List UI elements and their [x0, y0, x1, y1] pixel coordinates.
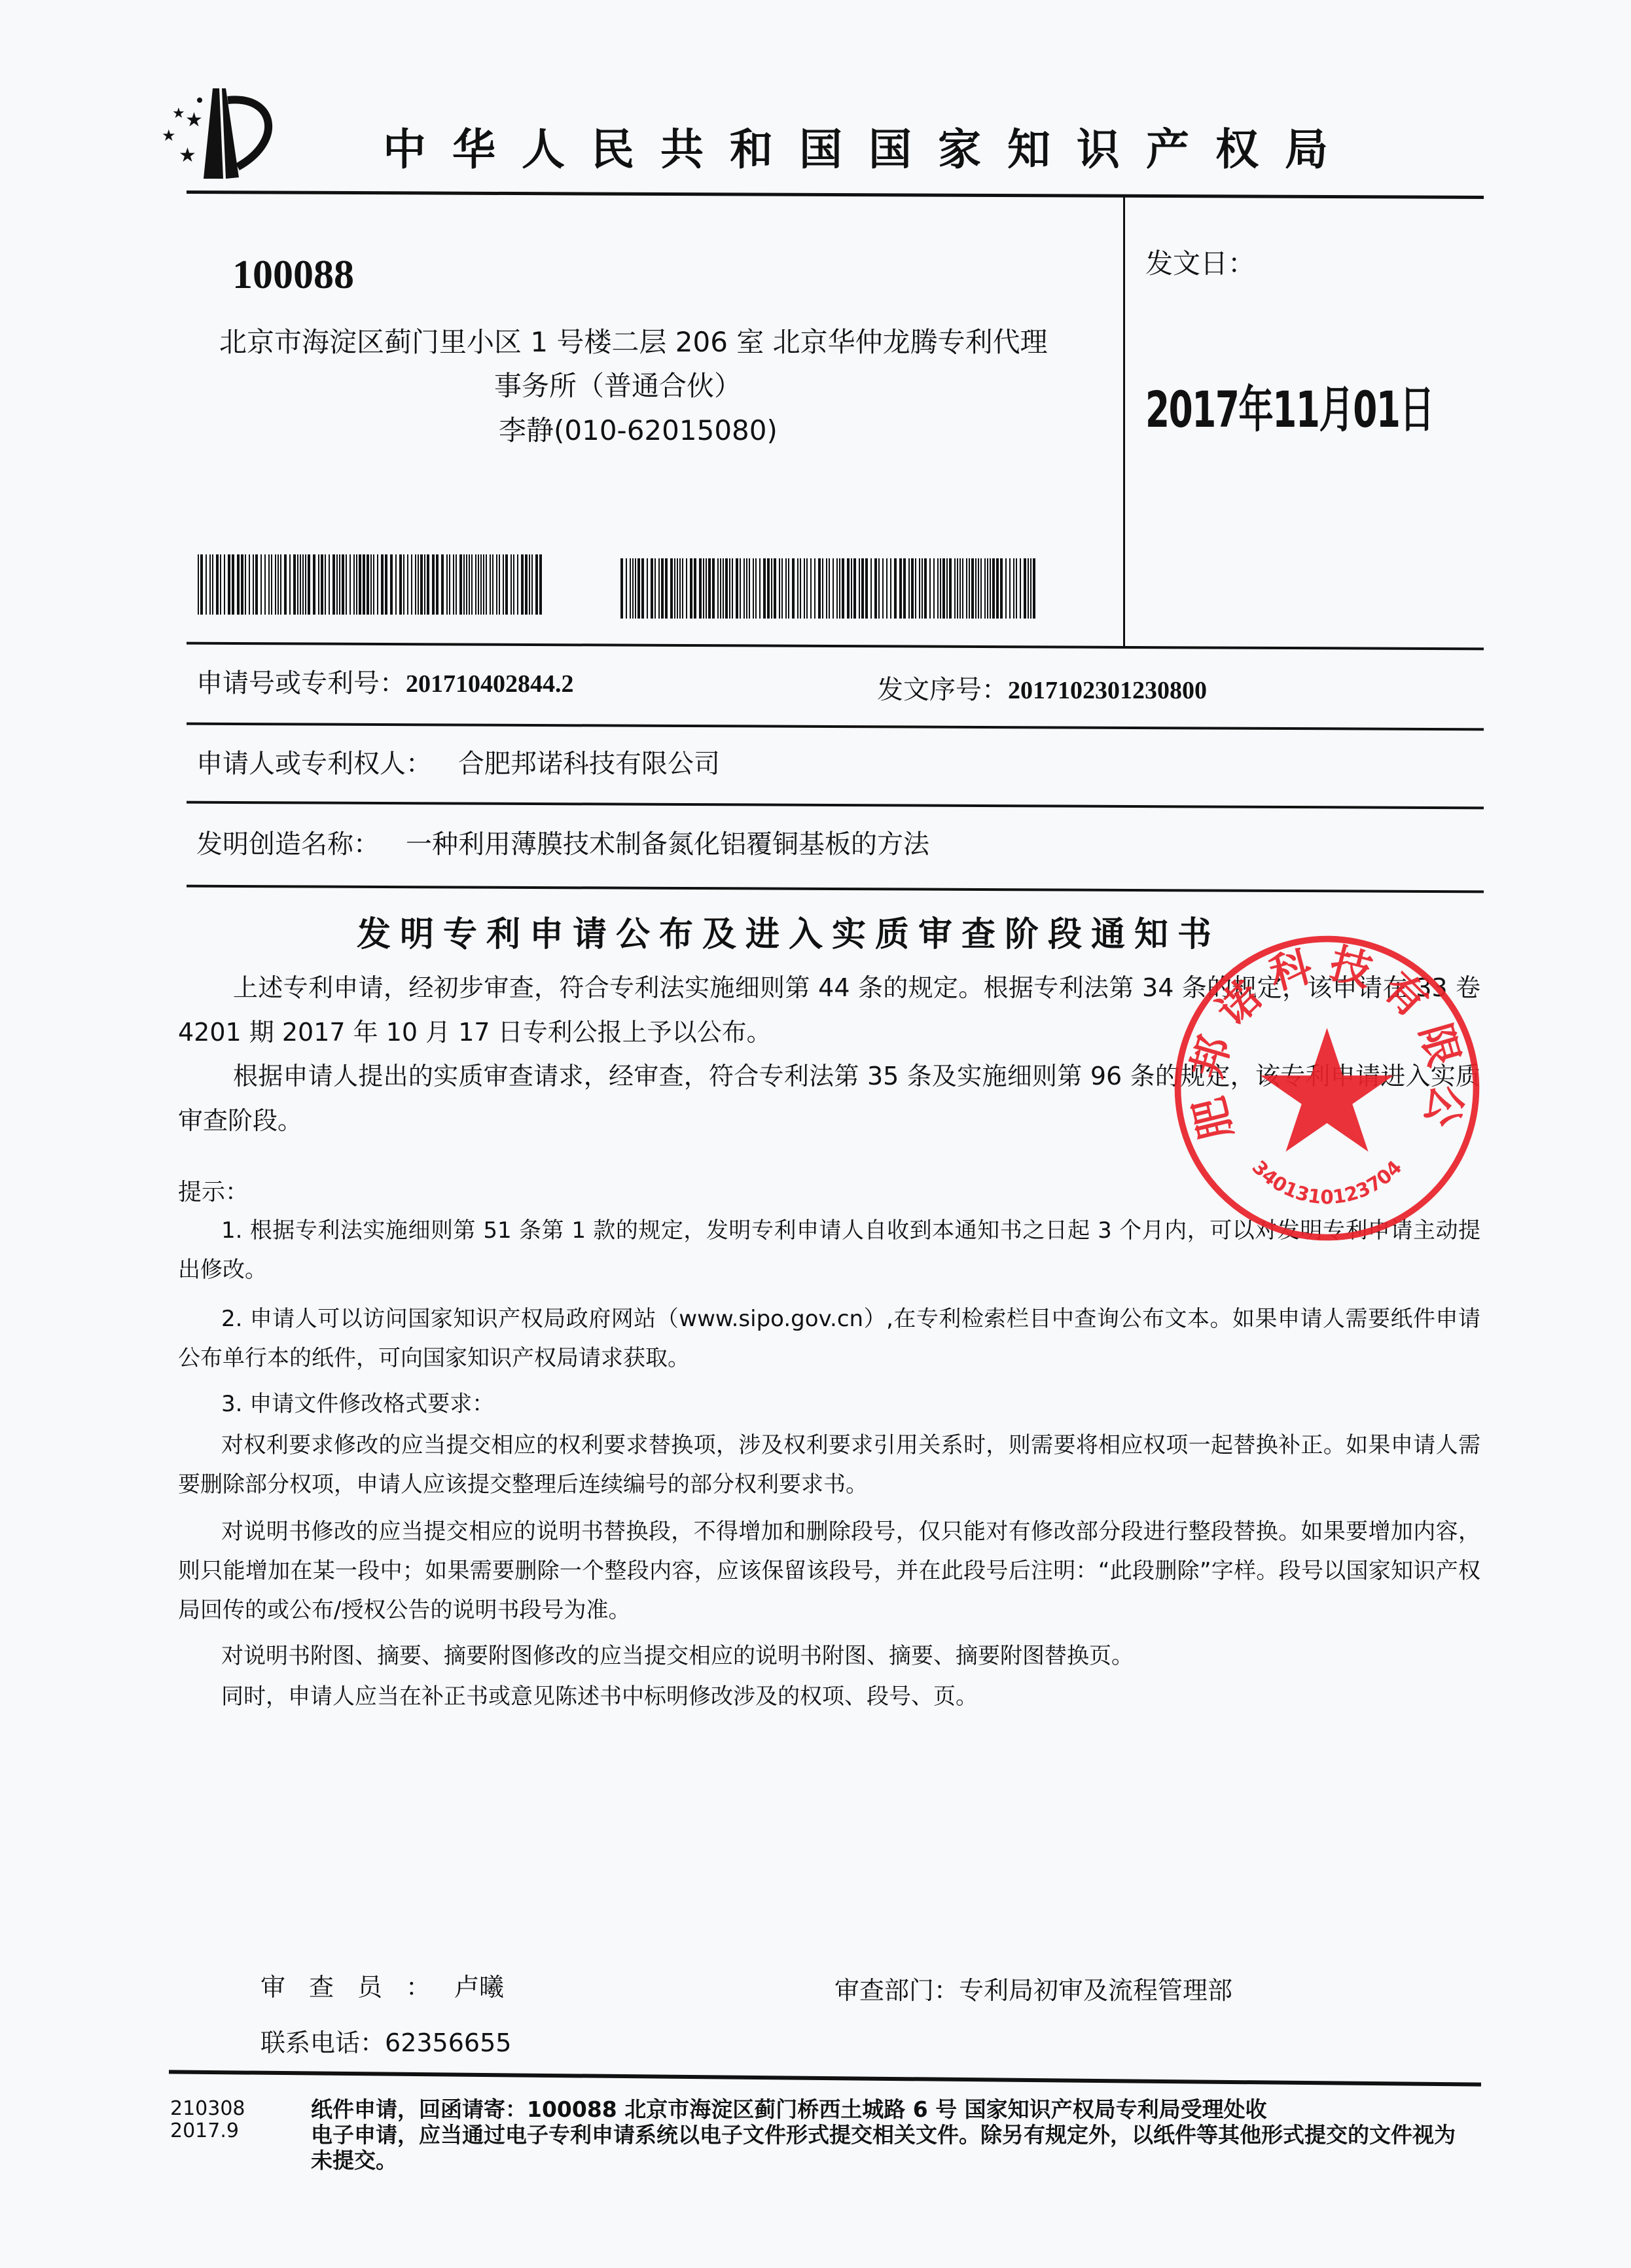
- postcode: 100088: [232, 252, 354, 298]
- svg-text:★: ★: [179, 144, 196, 167]
- examiner-name: 卢曦: [454, 1973, 504, 2002]
- svg-text:3401310123704: 3401310123704: [1247, 1156, 1406, 1208]
- barcode: [198, 554, 545, 615]
- hint-item: 同时，申请人应当在补正书或意见陈述书中标明修改涉及的权项、段号、页。: [178, 1677, 1480, 1716]
- company-seal-icon: 合肥邦诺科技有限公司 3401310123704: [1168, 929, 1486, 1247]
- application-number-label: 申请号或专利号：: [196, 668, 406, 698]
- hint-item: 对说明书附图、摘要、摘要附图修改的应当提交相应的说明书附图、摘要、摘要附图替换页…: [178, 1636, 1480, 1676]
- divider: [187, 723, 1484, 731]
- invention-label: 发明创造名称：: [196, 829, 380, 859]
- notice-title: 发明专利申请公布及进入实质审查阶段通知书: [357, 907, 1221, 956]
- examiner-row: 审查员：卢曦: [260, 1967, 504, 2003]
- phone-row: 联系电话：62356655: [260, 2023, 511, 2059]
- seal-code-text: 3401310123704: [1247, 1156, 1406, 1208]
- invention-row: 发明创造名称：一种利用薄膜技术制备氮化铝覆铜基板的方法: [196, 823, 929, 861]
- hint-item: 2. 申请人可以访问国家知识产权局政府网站（www.sipo.gov.cn）,在…: [178, 1299, 1480, 1378]
- applicant-label: 申请人或专利权人：: [196, 749, 432, 779]
- barcode: [620, 558, 1039, 619]
- svg-text:★: ★: [162, 126, 176, 145]
- organization-title: 中华人民共和国国家知识产权局: [383, 115, 1354, 177]
- divider: [187, 885, 1484, 893]
- department-row: 审查部门：专利局初审及流程管理部: [834, 1970, 1232, 2006]
- phone-label: 联系电话：: [260, 2028, 385, 2057]
- applicant-row: 申请人或专利权人：合肥邦诺科技有限公司: [196, 743, 720, 780]
- applicant-name: 合肥邦诺科技有限公司: [458, 749, 720, 779]
- divider: [187, 801, 1484, 810]
- divider: [169, 2070, 1481, 2086]
- form-number: 210308: [170, 2098, 245, 2120]
- footer-instructions: 纸件申请，回函请寄：100088 北京市海淀区蓟门桥西土城路 6 号 国家知识产…: [311, 2097, 1476, 2173]
- svg-text:★: ★: [172, 105, 185, 122]
- footer-e-filing: 电子申请，应当通过电子专利申请系统以电子文件形式提交相关文件。除另有规定外，以纸…: [311, 2122, 1476, 2173]
- recipient-firm: 事务所（普通合伙）: [494, 365, 742, 404]
- invention-title: 一种利用薄膜技术制备氮化铝覆铜基板的方法: [406, 829, 929, 859]
- serial-number-row: 发文序号：2017102301230800: [877, 669, 1207, 706]
- form-code: 210308 2017.9: [170, 2098, 245, 2142]
- application-number-row: 申请号或专利号：201710402844.2: [196, 662, 574, 700]
- serial-number: 2017102301230800: [1008, 677, 1207, 704]
- recipient-contact: 李静(010-62015080): [499, 409, 778, 448]
- divider: [1123, 196, 1125, 647]
- issue-date: 2017年11月01日: [1145, 370, 1433, 441]
- footer-paper-filing: 纸件申请，回函请寄：100088 北京市海淀区蓟门桥西土城路 6 号 国家知识产…: [311, 2097, 1476, 2122]
- application-number: 201710402844.2: [406, 670, 574, 698]
- phone-number: 62356655: [385, 2028, 511, 2057]
- examiner-label: 审查员：: [260, 1973, 454, 2002]
- hint-item: 3. 申请文件修改格式要求：: [178, 1384, 1480, 1424]
- svg-text:★: ★: [185, 109, 203, 132]
- divider: [187, 642, 1484, 651]
- serial-number-label: 发文序号：: [877, 675, 1008, 705]
- hint-item: 对说明书修改的应当提交相应的说明书替换段，不得增加和删除段号，仅只能对有修改部分…: [178, 1512, 1480, 1630]
- department-label: 审查部门：: [834, 1976, 959, 2005]
- issue-date-label: 发文日：: [1145, 242, 1255, 281]
- sipo-emblem-icon: ★ ★ ★ ★: [160, 82, 285, 180]
- form-version: 2017.9: [170, 2120, 245, 2142]
- hints-label: 提示：: [178, 1174, 249, 1207]
- hint-item: 对权利要求修改的应当提交相应的权利要求替换项，涉及权利要求引用关系时，则需要将相…: [178, 1426, 1480, 1504]
- recipient-address: 北京市海淀区蓟门里小区 1 号楼二层 206 室 北京华仲龙腾专利代理: [219, 321, 1048, 360]
- department-name: 专利局初审及流程管理部: [959, 1976, 1232, 2005]
- divider: [187, 190, 1484, 199]
